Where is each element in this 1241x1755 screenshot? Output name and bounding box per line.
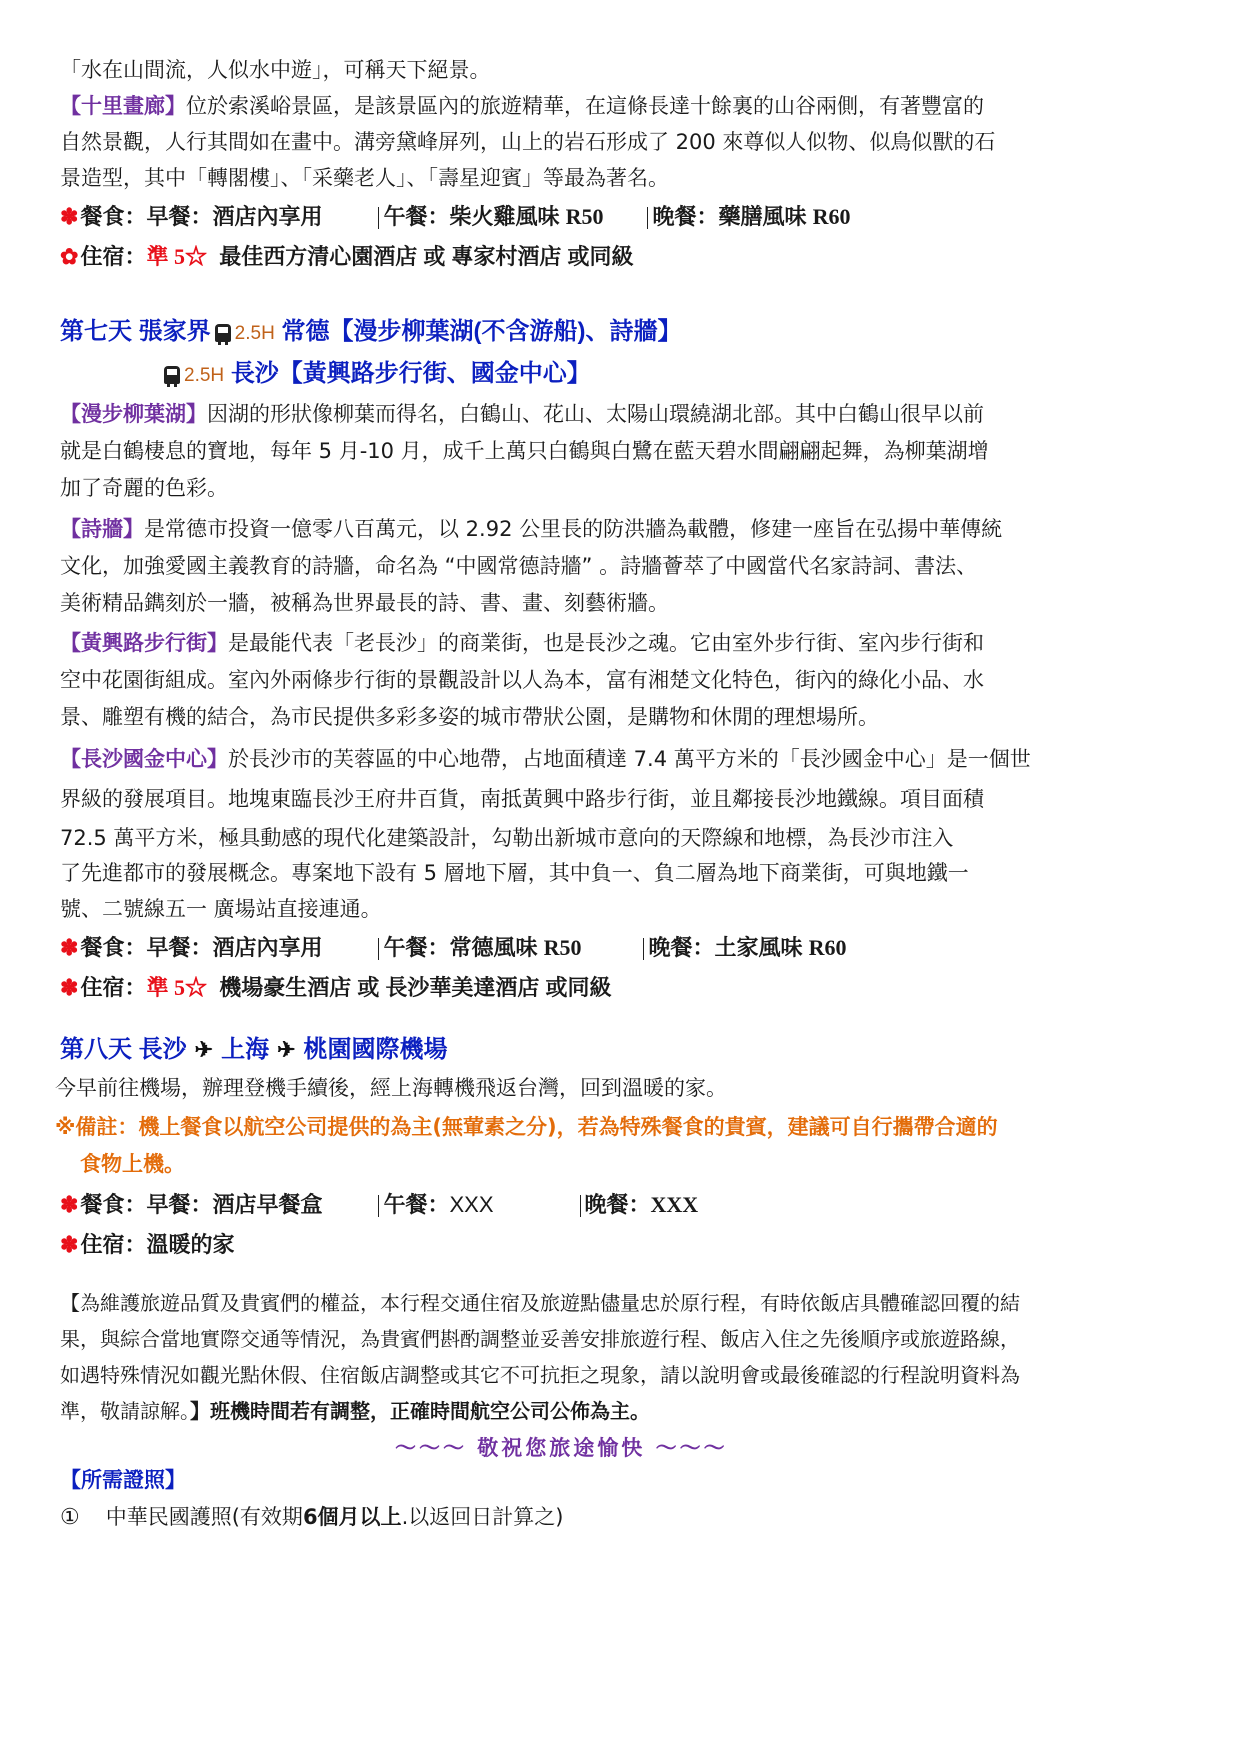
disclaimer-line2: 果，與綜合當地實際交通等情況，為貴賓們斟酌調整並妥善安排旅遊行程、飯店入住之先後… [60, 1325, 1020, 1353]
guojin-paragraph-line2: 界級的發展項目。地塊東臨長沙王府井百貨，南抵黃興中路步行街，並且鄰接長沙地鐵線。… [60, 785, 984, 813]
shiqiang-paragraph-line1: 【詩牆】是常德市投資一億零八百萬元，以 2.92 公里長的防洪牆為載體，修建一座… [60, 515, 1002, 543]
flower-icon: ✿ [60, 244, 78, 269]
item-number: ① [60, 1505, 80, 1530]
flower-icon: ✽ [60, 935, 78, 960]
intro-line: 「水在山間流，人似水中遊」，可稱天下絕景。 [60, 56, 491, 84]
divider [378, 938, 379, 960]
shiqiang-paragraph-line2: 文化，加強愛國主義教育的詩牆，命名為 “中國常德詩牆” 。詩牆薈萃了中國當代名家… [60, 552, 977, 580]
airplane-icon: ✈ [195, 1037, 213, 1062]
guojin-paragraph-line3: 72.5 萬平方米，極具動感的現代化建築設計，勾勒出新城市意向的天際線和地標，為… [60, 824, 953, 852]
documents-item: ①中華民國護照(有效期6個月以上.以返回日計算之) [60, 1503, 563, 1532]
huangxing-paragraph-line2: 空中花園街組成。室內外兩條步行街的景觀設計以人為本，富有湘楚文化特色，街內的綠化… [60, 666, 984, 694]
shili-paragraph-line3: 景造型，其中「轉閣樓」、「采藥老人」、「壽星迎賓」等最為著名。 [60, 164, 669, 192]
shiqiang-title: 【詩牆】 [60, 517, 144, 541]
itinerary-page: 「水在山間流，人似水中遊」，可稱天下絕景。 【十里畫廊】位於索溪峪景區，是該景區… [0, 0, 1241, 1755]
day8-note-line2: 食物上機。 [80, 1150, 185, 1178]
day7-meals: ✽餐食：早餐：酒店內享用午餐：常德風味 R50晚餐：土家風味 R60 [60, 934, 846, 962]
huangxing-paragraph-line3: 景、雕塑有機的結合，為市民提供多彩多姿的城市帶狀公園，是購物和休閒的理想場所。 [60, 703, 879, 731]
guojin-paragraph-line4: 了先進都市的發展概念。專案地下設有 5 層地下層，其中負一、負二層為地下商業街，… [60, 859, 969, 887]
bus-icon [164, 366, 180, 384]
liuye-paragraph-line2: 就是白鶴棲息的寶地，每年 5 月-10 月，成千上萬只白鶴與白鷺在藍天碧水間翩翩… [60, 437, 989, 465]
shiqiang-paragraph-line3: 美術精品鐫刻於一牆，被稱為世界最長的詩、書、畫、刻藝術牆。 [60, 589, 669, 617]
liuye-paragraph-line3: 加了奇麗的色彩。 [60, 474, 228, 502]
divider [378, 207, 379, 229]
shili-paragraph-line1: 【十里畫廊】位於索溪峪景區，是該景區內的旅遊精華，在這條長達十餘裏的山谷兩側，有… [60, 92, 984, 120]
flower-icon: ✽ [60, 1192, 78, 1217]
divider [580, 1195, 581, 1217]
bus-icon [215, 324, 231, 342]
day8-hotel: ✽住宿：溫暖的家 [60, 1231, 234, 1259]
day8-title: 第八天 長沙✈上海✈桃園國際機場 [60, 1036, 448, 1064]
guojin-title: 【長沙國金中心】 [60, 747, 228, 771]
closing-wish: ～～～ 敬祝您旅途愉快 ～～～ [395, 1434, 728, 1462]
flower-icon: ✽ [60, 975, 78, 1000]
airplane-icon: ✈ [277, 1037, 295, 1062]
divider [647, 207, 648, 229]
disclaimer-line3: 如遇特殊情況如觀光點休假、住宿飯店調整或其它不可抗拒之現象，請以說明會或最後確認… [60, 1361, 1020, 1389]
day8-meals: ✽餐食：早餐：酒店早餐盒午餐：XXX晚餐：XXX [60, 1191, 698, 1219]
liuye-paragraph-line1: 【漫步柳葉湖】因湖的形狀像柳葉而得名，白鶴山、花山、太陽山環繞湖北部。其中白鶴山… [60, 400, 984, 428]
liuye-title: 【漫步柳葉湖】 [60, 402, 207, 426]
divider [643, 938, 644, 960]
day8-description: 今早前往機場，辦理登機手續後，經上海轉機飛返台灣，回到溫暖的家。 [55, 1074, 727, 1102]
disclaimer-line1: 【為維護旅遊品質及貴賓們的權益，本行程交通住宿及旅遊點儘量忠於原行程，有時依飯店… [60, 1289, 1020, 1317]
divider [378, 1195, 379, 1217]
shili-paragraph-line2: 自然景觀，人行其間如在畫中。溝旁黛峰屏列，山上的岩石形成了 200 來尊似人似物… [60, 128, 995, 156]
day6-hotel: ✿住宿：準 5☆ 最佳西方清心園酒店 或 專家村酒店 或同級 [60, 243, 634, 271]
guojin-paragraph-line1: 【長沙國金中心】於長沙市的芙蓉區的中心地帶，占地面積達 7.4 萬平方米的「長沙… [60, 745, 1031, 773]
huangxing-paragraph-line1: 【黃興路步行街】是最能代表「老長沙」的商業街，也是長沙之魂。它由室外步行街、室內… [60, 629, 984, 657]
flower-icon: ✽ [60, 1232, 78, 1257]
guojin-paragraph-line5: 號、二號線五一 廣場站直接連通。 [60, 895, 382, 923]
documents-title: 【所需證照】 [60, 1467, 186, 1495]
day7-hotel: ✽住宿：準 5☆ 機場豪生酒店 或 長沙華美達酒店 或同級 [60, 974, 612, 1002]
hotel-grade: 準 5☆ [146, 975, 207, 1000]
day6-meals: ✽餐食：早餐：酒店內享用午餐：柴火雞風味 R50晚餐：藥膳風味 R60 [60, 203, 850, 231]
disclaimer-line4: 準，敬請諒解。】班機時間若有調整，正確時間航空公司公佈為主。 [60, 1397, 650, 1425]
day8-note-line1: ※備註：機上餐食以航空公司提供的為主(無葷素之分)，若為特殊餐食的貴賓，建議可自… [55, 1113, 998, 1141]
day7-title: 第七天 張家界2.5H 常德【漫步柳葉湖(不含游船)、詩牆】 [60, 318, 681, 348]
shili-title: 【十里畫廊】 [60, 94, 186, 118]
hotel-grade: 準 5☆ [146, 244, 207, 269]
day7-title-2: 2.5H 長沙【黃興路步行街、國金中心】 [160, 360, 591, 390]
huangxing-title: 【黃興路步行街】 [60, 631, 228, 655]
flower-icon: ✽ [60, 204, 78, 229]
